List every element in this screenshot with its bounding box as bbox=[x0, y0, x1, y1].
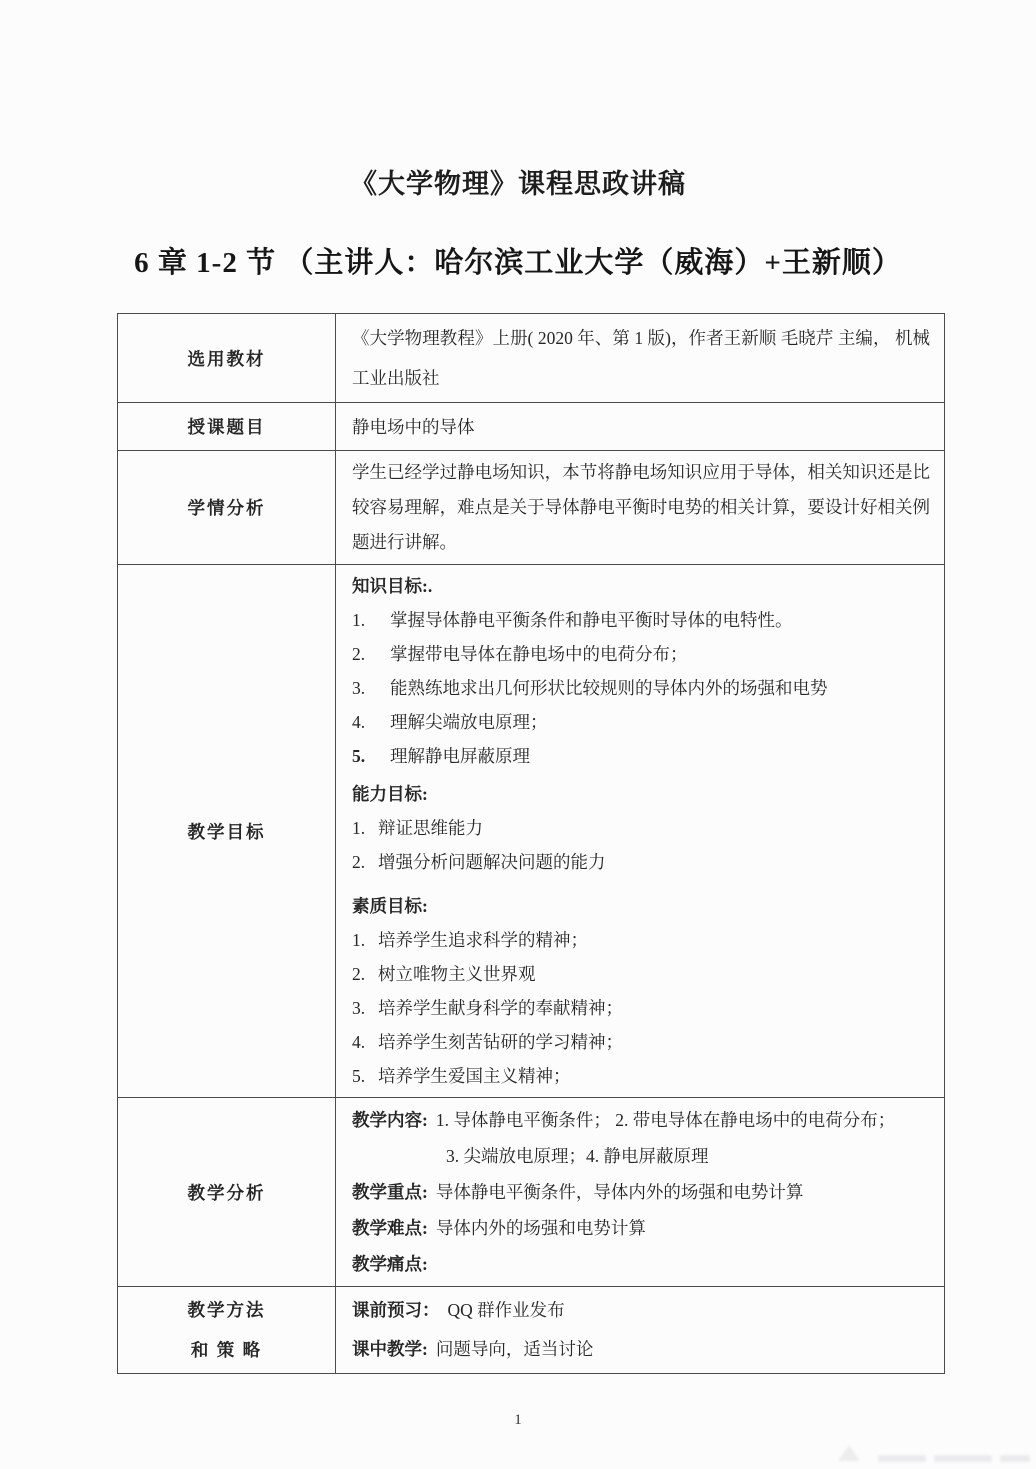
table-row-textbook: 选用教材 《大学物理教程》上册( 2020 年、第 1 版)，作者王新顺 毛晓芹… bbox=[118, 314, 945, 403]
topic-text: 静电场中的导体 bbox=[352, 414, 930, 439]
row-label-students: 学情分析 bbox=[118, 451, 336, 565]
row-label-goals: 教学目标 bbox=[118, 565, 336, 1098]
quality-goal-item: 4.培养学生刻苦钻研的学习精神； bbox=[352, 1025, 930, 1059]
analysis-focus-line: 教学重点:导体静电平衡条件，导体内外的场强和电势计算 bbox=[352, 1174, 930, 1210]
watermark bbox=[838, 1443, 1036, 1469]
cell-students: 学生已经学过静电场知识，本节将静电场知识应用于导体，相关知识还是比较容易理解，难… bbox=[336, 451, 945, 565]
doc-subtitle: 6 章 1-2 节 （主讲人：哈尔滨工业大学（威海）+王新顺） bbox=[0, 240, 1036, 281]
knowledge-goal-item: 4.理解尖端放电原理； bbox=[352, 705, 930, 739]
table-row-analysis: 教学分析 教学内容:1. 导体静电平衡条件； 2. 带电导体在静电场中的电荷分布… bbox=[118, 1098, 945, 1287]
ability-goal-item: 2.增强分析问题解决问题的能力 bbox=[352, 845, 930, 879]
ability-goal-item: 1.辩证思维能力 bbox=[352, 811, 930, 845]
table-row-goals: 教学目标 知识目标:. 1.掌握导体静电平衡条件和静电平衡时导体的电特性。 2.… bbox=[118, 565, 945, 1098]
table-row-methods: 教学方法 和 策 略 课前预习：QQ 群作业发布 课中教学:问题导向，适当讨论 bbox=[118, 1287, 945, 1374]
cell-topic: 静电场中的导体 bbox=[336, 403, 945, 451]
ability-goals-heading: 能力目标: bbox=[352, 777, 930, 811]
watermark-logo-icon bbox=[838, 1445, 860, 1461]
knowledge-goals-heading: 知识目标:. bbox=[352, 569, 930, 603]
knowledge-goal-item: 3.能熟练地求出几何形状比较规则的导体内外的场强和电势 bbox=[352, 671, 930, 705]
knowledge-goal-item: 2.掌握带电导体在静电场中的电荷分布； bbox=[352, 637, 930, 671]
document-page: 《大学物理》课程思政讲稿 6 章 1-2 节 （主讲人：哈尔滨工业大学（威海）+… bbox=[0, 0, 1036, 1469]
quality-goal-item: 2.树立唯物主义世界观 bbox=[352, 957, 930, 991]
methods-inclass-line: 课中教学:问题导向，适当讨论 bbox=[352, 1330, 930, 1369]
textbook-text: 《大学物理教程》上册( 2020 年、第 1 版)，作者王新顺 毛晓芹 主编， … bbox=[352, 318, 930, 398]
row-label-topic: 授课题目 bbox=[118, 403, 336, 451]
row-label-analysis: 教学分析 bbox=[118, 1098, 336, 1287]
lesson-plan-table: 选用教材 《大学物理教程》上册( 2020 年、第 1 版)，作者王新顺 毛晓芹… bbox=[117, 313, 945, 1374]
table-row-students: 学情分析 学生已经学过静电场知识，本节将静电场知识应用于导体，相关知识还是比较容… bbox=[118, 451, 945, 565]
analysis-content-line2: 3. 尖端放电原理；4. 静电屏蔽原理 bbox=[352, 1138, 930, 1174]
knowledge-goal-item: 1.掌握导体静电平衡条件和静电平衡时导体的电特性。 bbox=[352, 603, 930, 637]
methods-preview-line: 课前预习：QQ 群作业发布 bbox=[352, 1291, 930, 1330]
cell-goals: 知识目标:. 1.掌握导体静电平衡条件和静电平衡时导体的电特性。 2.掌握带电导… bbox=[336, 565, 945, 1098]
quality-goal-item: 3.培养学生献身科学的奉献精神； bbox=[352, 991, 930, 1025]
doc-title: 《大学物理》课程思政讲稿 bbox=[0, 162, 1036, 201]
quality-goal-item: 1.培养学生追求科学的精神； bbox=[352, 923, 930, 957]
quality-goals-heading: 素质目标: bbox=[352, 889, 930, 923]
cell-analysis: 教学内容:1. 导体静电平衡条件； 2. 带电导体在静电场中的电荷分布； 3. … bbox=[336, 1098, 945, 1287]
analysis-content-line1: 教学内容:1. 导体静电平衡条件； 2. 带电导体在静电场中的电荷分布； bbox=[352, 1102, 930, 1138]
analysis-pain-line: 教学痛点: bbox=[352, 1246, 930, 1282]
row-label-methods: 教学方法 和 策 略 bbox=[118, 1287, 336, 1374]
cell-textbook: 《大学物理教程》上册( 2020 年、第 1 版)，作者王新顺 毛晓芹 主编， … bbox=[336, 314, 945, 403]
cell-methods: 课前预习：QQ 群作业发布 课中教学:问题导向，适当讨论 bbox=[336, 1287, 945, 1374]
page-number: 1 bbox=[0, 1412, 1036, 1429]
row-label-textbook: 选用教材 bbox=[118, 314, 336, 403]
knowledge-goal-item: 5.理解静电屏蔽原理 bbox=[352, 739, 930, 773]
analysis-difficulty-line: 教学难点:导体内外的场强和电势计算 bbox=[352, 1210, 930, 1246]
table-row-topic: 授课题目 静电场中的导体 bbox=[118, 403, 945, 451]
students-text: 学生已经学过静电场知识，本节将静电场知识应用于导体，相关知识还是比较容易理解，难… bbox=[352, 455, 930, 560]
quality-goal-item: 5.培养学生爱国主义精神； bbox=[352, 1059, 930, 1093]
